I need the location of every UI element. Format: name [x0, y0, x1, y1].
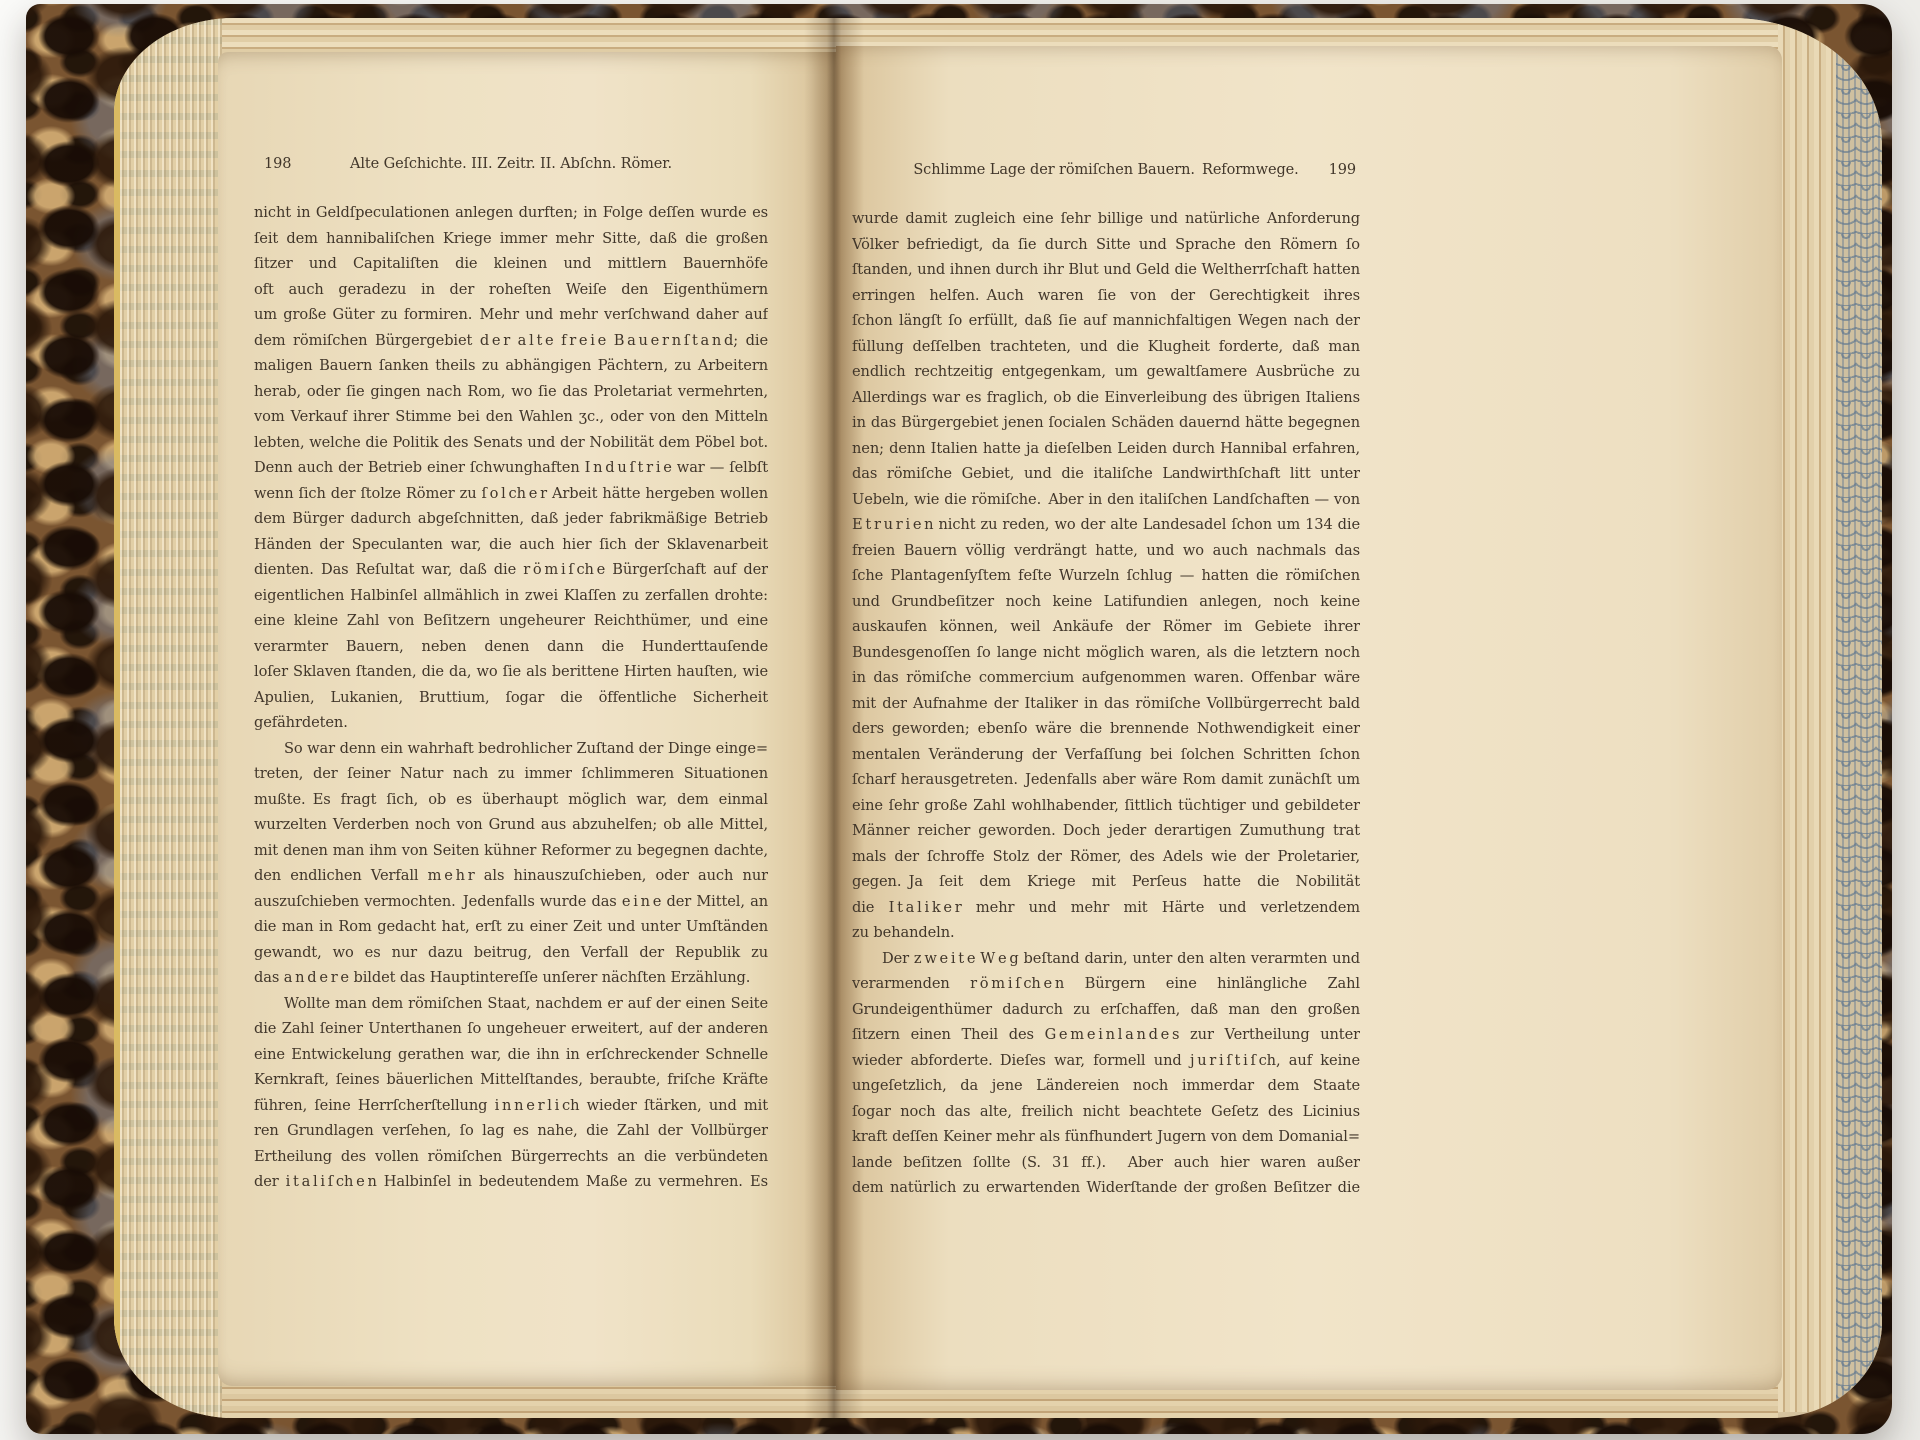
text-line: treten, der ſeiner Natur nach zu immer ſ…	[254, 761, 768, 787]
text-line: Grundeigenthümer dadurch zu erſchaffen, …	[852, 997, 1360, 1023]
text-line: auszuſchieben vermochten. Jedenfalls wur…	[254, 889, 768, 915]
text-line: Ertheilung des vollen römiſchen Bürgerre…	[254, 1144, 768, 1170]
right-page-body: wurde damit zugleich eine ſehr billige u…	[852, 206, 1360, 1201]
text-line: eine ſehr große Zahl wohlhabender, ſittl…	[852, 793, 1360, 819]
text-line: Völker befriedigt, da ſie durch Sitte un…	[852, 232, 1360, 258]
text-line: das römiſche Gebiet, und die italiſche L…	[852, 461, 1360, 487]
text-line: lande beſitzen ſollte (S. 31 ff.). Aber …	[852, 1150, 1360, 1176]
text-line: endlich rechtzeitig entgegenkam, um gewa…	[852, 359, 1360, 385]
text-line: zu behandeln.	[852, 920, 1360, 946]
text-line: mit denen man ihm von Seiten kühner Refo…	[254, 838, 768, 864]
text-line: wenn ſich der ſtolze Römer zu ſ o l ch e…	[254, 481, 768, 507]
left-page-body: nicht in Geldſpeculationen anlegen durft…	[254, 200, 768, 1195]
text-line: kraft deſſen Keiner mehr als fünfhundert…	[852, 1124, 1360, 1150]
text-line: erringen helfen. Auch waren ſie von der …	[852, 283, 1360, 309]
text-line: die man in Rom gedacht hat, erſt zu eine…	[254, 914, 768, 940]
text-line: dem Bürger dadurch abgeſchnitten, daß je…	[254, 506, 768, 532]
text-line: nicht in Geldſpeculationen anlegen durft…	[254, 200, 768, 226]
text-line: nen; denn Italien hatte ja dieſelben Lei…	[852, 436, 1360, 462]
text-line: führen, ſeine Herrſcherſtellung i n n e …	[254, 1093, 768, 1119]
text-line: Bundesgenoſſen ſo lange nicht möglich wa…	[852, 640, 1360, 666]
text-line: mals der ſchroffe Stolz der Römer, des A…	[852, 844, 1360, 870]
page-number-right: 199	[1329, 162, 1356, 178]
text-line: um große Güter zu formiren. Mehr und meh…	[254, 302, 768, 328]
left-page-text: 198 Alte Geſchichte. III. Zeitr. II. Abſ…	[254, 156, 768, 1195]
text-line: verarmter Bauern, neben denen dann die H…	[254, 634, 768, 660]
marbled-fore-edge-right	[1836, 18, 1882, 1418]
text-line: den endlichen Verfall m e h r als hinaus…	[254, 863, 768, 889]
text-line: die Zahl ſeiner Unterthanen ſo ungeheuer…	[254, 1016, 768, 1042]
text-line: gewandt, wo es nur dazu beitrug, den Ver…	[254, 940, 768, 966]
page-number-left: 198	[264, 156, 291, 172]
text-line: Apulien, Lukanien, Bruttium, ſogar die ö…	[254, 685, 768, 711]
text-line: verarmenden r ö m i ſ ch e n Bürgern ein…	[852, 971, 1360, 997]
text-line: dem römiſchen Bürgergebiet d e r a l t e…	[254, 328, 768, 354]
text-line: mußte. Es fragt ſich, ob es überhaupt mö…	[254, 787, 768, 813]
text-line: Uebeln, wie die römiſche. Aber in den it…	[852, 487, 1360, 513]
right-page-text: Schlimme Lage der römiſchen Bauern. Refo…	[852, 162, 1360, 1201]
running-title-left: Alte Geſchichte. III. Zeitr. II. Abſchn.…	[254, 156, 768, 172]
text-line: ſchon längſt ſo erfüllt, daß ſie auf man…	[852, 308, 1360, 334]
text-line: wurde damit zugleich eine ſehr billige u…	[852, 206, 1360, 232]
text-line: vom Verkauf ihrer Stimme bei den Wahlen …	[254, 404, 768, 430]
text-line: füllung deſſelben trachteten, und die Kl…	[852, 334, 1360, 360]
text-line: ſitzer und Capitaliſten die kleinen und …	[254, 251, 768, 277]
photo-backdrop: 198 Alte Geſchichte. III. Zeitr. II. Abſ…	[0, 0, 1920, 1440]
text-line: Wollte man dem römiſchen Staat, nachdem …	[254, 991, 768, 1017]
text-line: ren Grundlagen verſehen, ſo lag es nahe,…	[254, 1118, 768, 1144]
text-line: Denn auch der Betrieb einer ſchwunghafte…	[254, 455, 768, 481]
text-line: lebten, welche die Politik des Senats un…	[254, 430, 768, 456]
text-line: ſeit dem hannibaliſchen Kriege immer meh…	[254, 226, 768, 252]
text-line: eigentlichen Halbinſel allmählich in zwe…	[254, 583, 768, 609]
page-stack-right	[1778, 24, 1836, 1412]
running-header-right: Schlimme Lage der römiſchen Bauern. Refo…	[852, 162, 1360, 188]
running-title-right: Schlimme Lage der römiſchen Bauern. Refo…	[852, 162, 1360, 178]
text-line: ſogar noch das alte, freilich nicht beac…	[852, 1099, 1360, 1125]
text-line: gefährdeten.	[254, 710, 768, 736]
text-line: ſcharf herausgetreten. Jedenfalls aber w…	[852, 767, 1360, 793]
text-line: ſche Plantagenſyſtem feſte Wurzeln ſchlu…	[852, 563, 1360, 589]
text-line: maligen Bauern ſanken theils zu abhängig…	[254, 353, 768, 379]
text-line: Männer reicher geworden. Doch jeder dera…	[852, 818, 1360, 844]
text-line: mentalen Veränderung der Verfaſſung bei …	[852, 742, 1360, 768]
page-fore-edge-left	[114, 18, 228, 1418]
text-line: freien Bauern völlig verdrängt hatte, un…	[852, 538, 1360, 564]
text-line: Der z w e i t e W e g beſtand darin, unt…	[852, 946, 1360, 972]
text-line: eine kleine Zahl von Beſitzern ungeheure…	[254, 608, 768, 634]
text-line: die I t a l i k e r mehr und mehr mit Hä…	[852, 895, 1360, 921]
text-line: das a n d e r e bildet das Hauptintereſſ…	[254, 965, 768, 991]
text-line: Allerdings war es fraglich, ob die Einve…	[852, 385, 1360, 411]
text-line: herab, oder ſie gingen nach Rom, wo ſie …	[254, 379, 768, 405]
text-line: der i t a l i ſ ch e n Halbinſel in bede…	[254, 1169, 768, 1195]
text-line: So war denn ein wahrhaft bedrohlicher Zu…	[254, 736, 768, 762]
text-line: Kernkraft, ſeines bäuerlichen Mittelſtan…	[254, 1067, 768, 1093]
text-line: auskaufen können, weil Ankäufe der Römer…	[852, 614, 1360, 640]
text-line: dem natürlich zu erwartenden Widerſtande…	[852, 1175, 1360, 1201]
text-line: wieder abforderte. Dieſes war, formell u…	[852, 1048, 1360, 1074]
text-line: E t r u r i e n nicht zu reden, wo der a…	[852, 512, 1360, 538]
text-line: dienten. Das Reſultat war, daß die r ö m…	[254, 557, 768, 583]
text-line: eine Entwickelung gerathen war, die ihn …	[254, 1042, 768, 1068]
text-line: ders geworden; ebenſo wäre die brennende…	[852, 716, 1360, 742]
text-line: mit der Aufnahme der Italiker in das röm…	[852, 691, 1360, 717]
text-line: ſtanden, und ihnen durch ihr Blut und Ge…	[852, 257, 1360, 283]
text-line: Händen der Speculanten war, die auch hie…	[254, 532, 768, 558]
text-line: loſer Sklaven ſtanden, die da, wo ſie al…	[254, 659, 768, 685]
text-line: wurzelten Verderben noch von Grund aus a…	[254, 812, 768, 838]
running-header-left: 198 Alte Geſchichte. III. Zeitr. II. Abſ…	[254, 156, 768, 182]
text-line: oft auch geradezu in der roheſten Weiſe …	[254, 277, 768, 303]
text-line: in das Bürgergebiet jenen ſocialen Schäd…	[852, 410, 1360, 436]
text-line: und Grundbeſitzer noch keine Latifundien…	[852, 589, 1360, 615]
text-line: in das römiſche commercium aufgenommen w…	[852, 665, 1360, 691]
text-line: ungeſetzlich, da jene Ländereien noch im…	[852, 1073, 1360, 1099]
text-line: gegen. Ja ſeit dem Kriege mit Perſeus ha…	[852, 869, 1360, 895]
text-line: ſitzern einen Theil des G e m e i n l a …	[852, 1022, 1360, 1048]
